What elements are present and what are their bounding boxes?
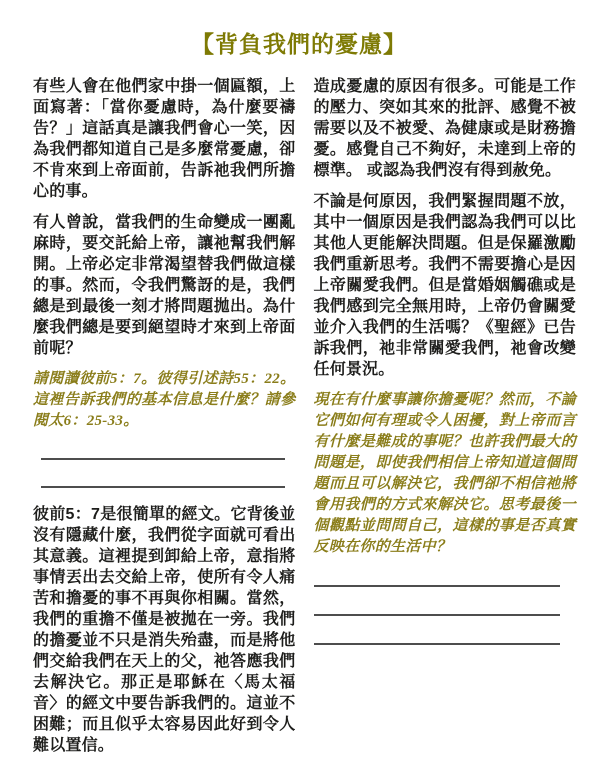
two-column-layout: 有些人會在他們家中掛一個匾額，上面寫著：「當你憂慮時，為什麼要禱告？」這話真是讓… (33, 76, 576, 766)
answer-writing-line (41, 486, 285, 488)
answer-writing-line (314, 614, 561, 616)
left-reflection-question: 請閱讀彼前5：7。彼得引述詩55：22。這裡告訴我們的基本信息是什麼？請參閱太6… (33, 369, 296, 432)
right-paragraph-2: 不論是何原因，我們緊握問題不放，其中一個原因是我們認為我們可以比其他人更能解決問… (314, 191, 577, 380)
answer-writing-line (314, 643, 561, 645)
right-column: 造成憂慮的原因有很多。可能是工作的壓力、突如其來的批評、感覺不被需要以及不被愛、… (314, 76, 577, 766)
left-paragraph-2: 有人曾說，當我們的生命變成一團亂麻時，要交託給上帝，讓祂幫我們解開。上帝必定非常… (33, 212, 296, 359)
right-reflection-question: 現在有什麼事讓你擔憂呢？然而，不論它們如何有理或令人困擾，對上帝而言有什麼是難成… (314, 390, 577, 558)
page-title: 【背負我們的憂慮】 (0, 26, 598, 59)
right-paragraph-1: 造成憂慮的原因有很多。可能是工作的壓力、突如其來的批評、感覺不被需要以及不被愛、… (314, 76, 577, 181)
document-page: 【背負我們的憂慮】 有些人會在他們家中掛一個匾額，上面寫著：「當你憂慮時，為什麼… (0, 0, 598, 774)
answer-writing-line (314, 585, 561, 587)
left-column: 有些人會在他們家中掛一個匾額，上面寫著：「當你憂慮時，為什麼要禱告？」這話真是讓… (33, 76, 296, 766)
left-paragraph-3: 彼前5：7是很簡單的經文。它背後並沒有隱藏什麼，我們從字面就可看出其意義。這裡提… (33, 504, 296, 756)
answer-writing-line (41, 458, 285, 460)
left-paragraph-1: 有些人會在他們家中掛一個匾額，上面寫著：「當你憂慮時，為什麼要禱告？」這話真是讓… (33, 76, 296, 202)
